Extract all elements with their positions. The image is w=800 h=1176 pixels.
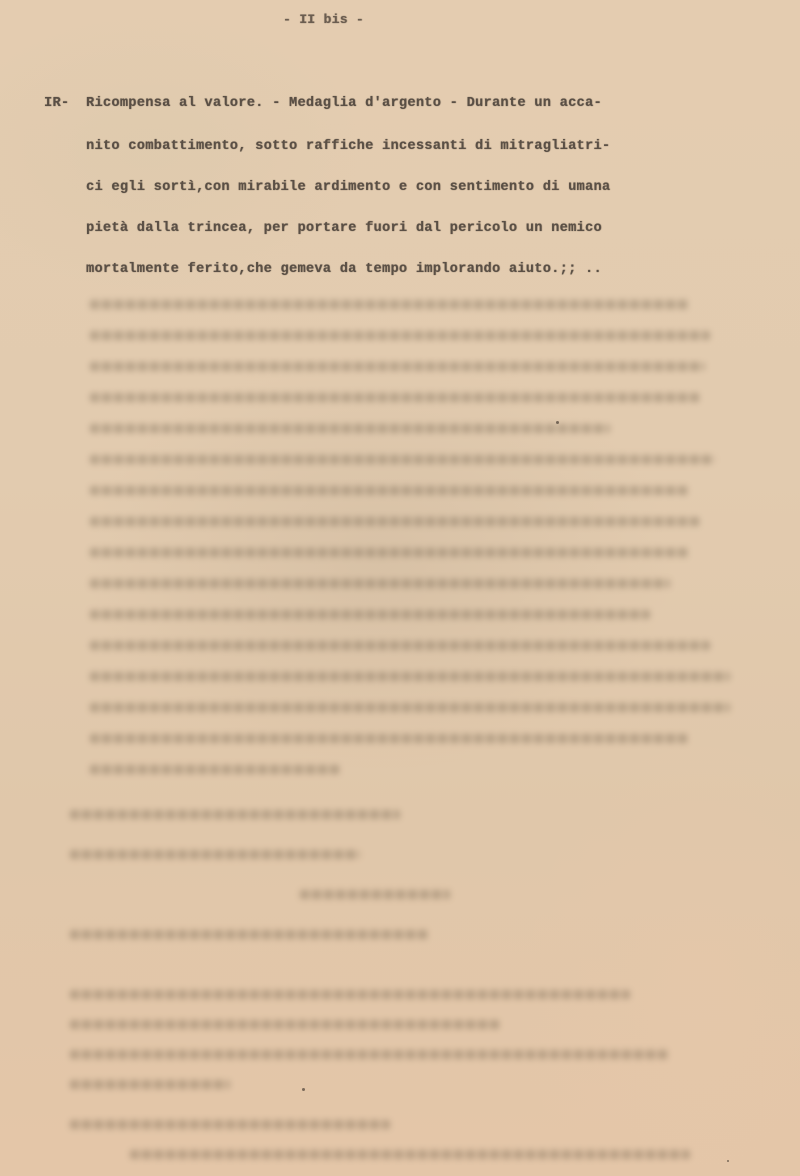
paper-speck: [302, 1088, 305, 1091]
paper-speck: [556, 421, 559, 424]
paper-page: - II bis - IR- Ricompensa al valore. - M…: [0, 0, 800, 1176]
paragraph-label: IR-: [44, 96, 69, 111]
paragraph-line-4: pietà dalla trincea, per portare fuori d…: [86, 221, 602, 236]
page-header: - II bis -: [283, 12, 364, 27]
reverse-side-bleed-through: [70, 290, 730, 1170]
paragraph-line-1: Ricompensa al valore. - Medaglia d'argen…: [86, 96, 602, 111]
paragraph-line-2: nito combattimento, sotto raffiche inces…: [86, 139, 610, 154]
paper-speck: [727, 1160, 729, 1162]
paragraph-line-3: ci egli sortì,con mirabile ardimento e c…: [86, 180, 610, 195]
paragraph-line-5: mortalmente ferito,che gemeva da tempo i…: [86, 262, 602, 277]
